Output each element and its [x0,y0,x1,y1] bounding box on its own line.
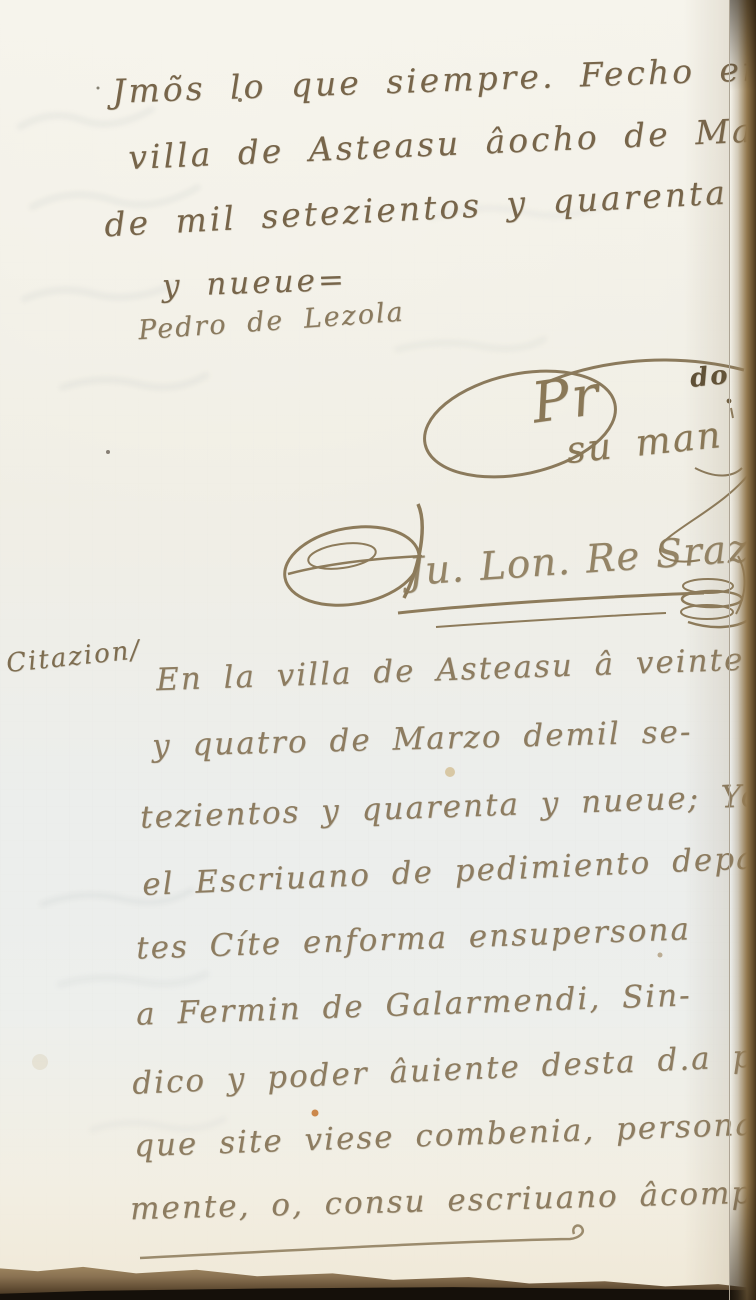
body-line-7: dico y poder âuiente desta d.a para [132,1039,756,1100]
ruled-flourish-line [140,1226,583,1258]
body-line-8: que site viese combenia, personal- [134,1109,756,1163]
attestation-initial: Pr [528,368,604,433]
binding-gutter-shadow [730,0,756,1300]
margin-annotation-citacion: Citazion/ [5,637,142,677]
body-line-1: En la villa de Asteasu â veinte [156,645,745,697]
body-line-4: el Escriuano de pedimiento depar- [142,842,756,901]
body-line-6: a Fermin de Galarmendi, Sin- [136,980,692,1030]
closing-line-1: Jmõs lo que siempre. Fecho enesta [112,49,756,108]
body-line-5: tes Cíte enforma ensupersona [136,914,692,964]
body-line-9: mente, o, consu escriuano âcompañ.do [130,1176,756,1225]
notary-signature: Pedro de Lezola [137,299,405,345]
bleedthrough-ghost-writing [18,108,606,1130]
body-line-2: y quatro de Marzo demil se- [152,717,693,762]
manuscript-page: Jmõs lo que siempre. Fecho enesta villa … [0,0,756,1300]
page-curvature-shading [684,0,730,1300]
body-line-3: tezientos y quarenta y nueue; Yo [140,781,756,834]
closing-line-4: y nueue= [162,265,348,302]
body-line-9-text: mente, o, consu escriuano âcompañ. [130,1173,756,1227]
closing-line-2: villa de Asteasu âocho de Marzo [128,111,756,174]
closing-line-3: de mil setezientos y quarenta [104,176,729,242]
